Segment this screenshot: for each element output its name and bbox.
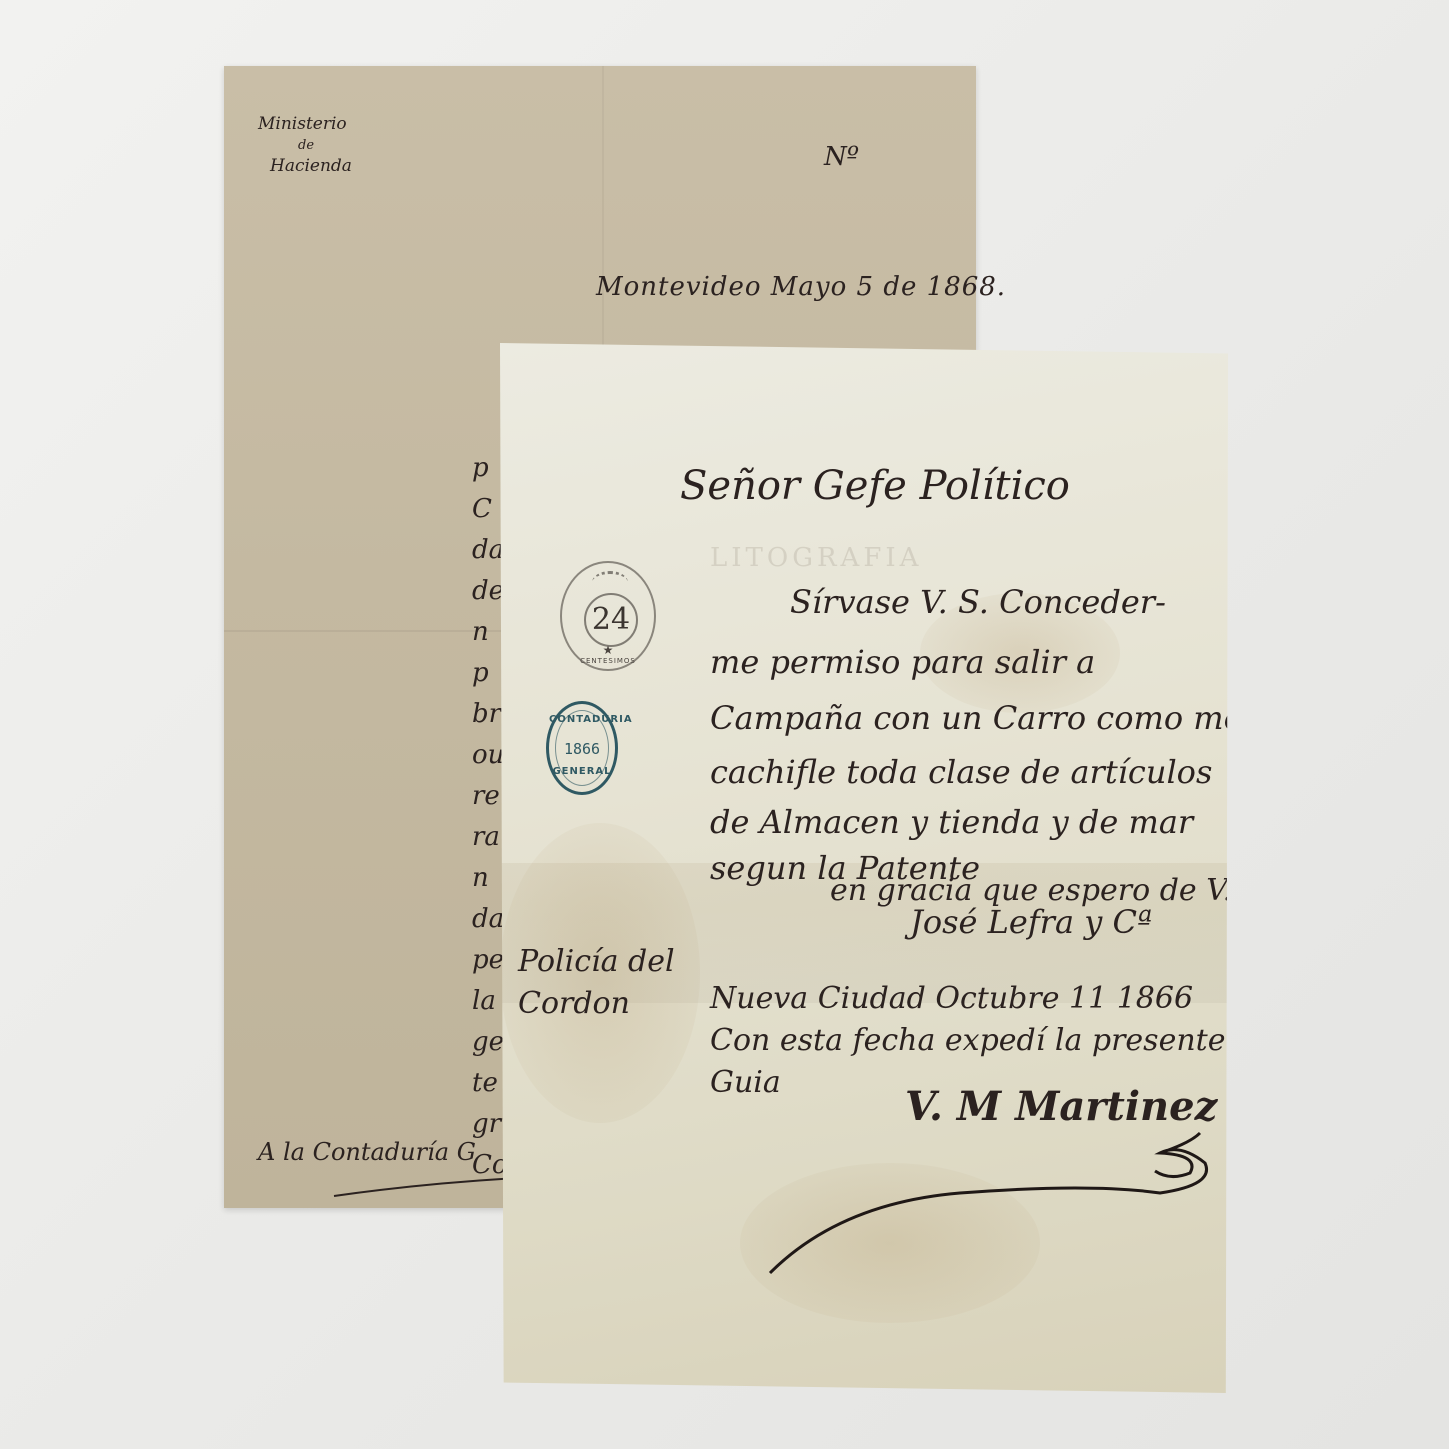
stamp-denomination: CENTESIMOS (562, 657, 654, 665)
endorsement-line-2: Con esta fecha expedí la presente — (710, 1023, 1265, 1058)
body-line-5: de Almacen y tienda y de mar (710, 803, 1193, 841)
city-date-line: Montevideo Mayo 5 de 1868. (596, 272, 1006, 302)
letterhead-line-de: de (258, 135, 352, 156)
text-fragment: gr (472, 1100, 508, 1141)
stamp-bottom-text: GENERAL (549, 766, 615, 777)
body-line-4: cachifle toda clase de artículos (710, 753, 1212, 791)
body-line-2: me permiso para salir a (710, 643, 1095, 681)
signature-flourish (760, 1123, 1220, 1283)
police-note: Policía del Cordon (518, 941, 675, 1025)
contaduria-general-stamp: CONTADURIA 1866 GENERAL (546, 701, 618, 795)
body-line-3: Campaña con un Carro como mer- (710, 699, 1269, 737)
stamp-year: 1866 (549, 740, 615, 758)
stamp-value: 24 (584, 593, 638, 647)
letterhead-line-hacienda: Hacienda (258, 156, 352, 177)
front-document-solicitud-guia: LITOGRAFIA Señor Gefe Político Sírvase V… (500, 343, 1228, 1393)
text-fragment: ge (472, 1018, 508, 1059)
text-fragment: te (472, 1059, 508, 1100)
number-label: Nº (824, 142, 859, 172)
police-note-line-2: Cordon (518, 983, 675, 1025)
applicant-signature: José Lefra y Cª (910, 903, 1152, 941)
police-note-line-1: Policía del (518, 941, 675, 983)
star-icon: ★ (562, 643, 654, 657)
crest-icon (592, 571, 628, 594)
endorsement-line-3: Guia (710, 1065, 781, 1100)
body-line-1: Sírvase V. S. Conceder- (790, 583, 1166, 621)
stamp-top-text: CONTADURIA (549, 714, 615, 725)
text-fragment: la (472, 977, 508, 1018)
letterhead-line-ministerio: Ministerio (258, 114, 352, 135)
revenue-stamp-24-centesimos: 24 ★ CENTESIMOS (560, 561, 656, 671)
addressee-line: A la Contaduría G (258, 1138, 476, 1166)
endorsement-line-1: Nueva Ciudad Octubre 11 1866 (710, 981, 1193, 1016)
letterhead: Ministerio de Hacienda (258, 114, 352, 177)
faded-letterhead-watermark: LITOGRAFIA (710, 543, 922, 573)
salutation: Señor Gefe Político (680, 463, 1070, 509)
